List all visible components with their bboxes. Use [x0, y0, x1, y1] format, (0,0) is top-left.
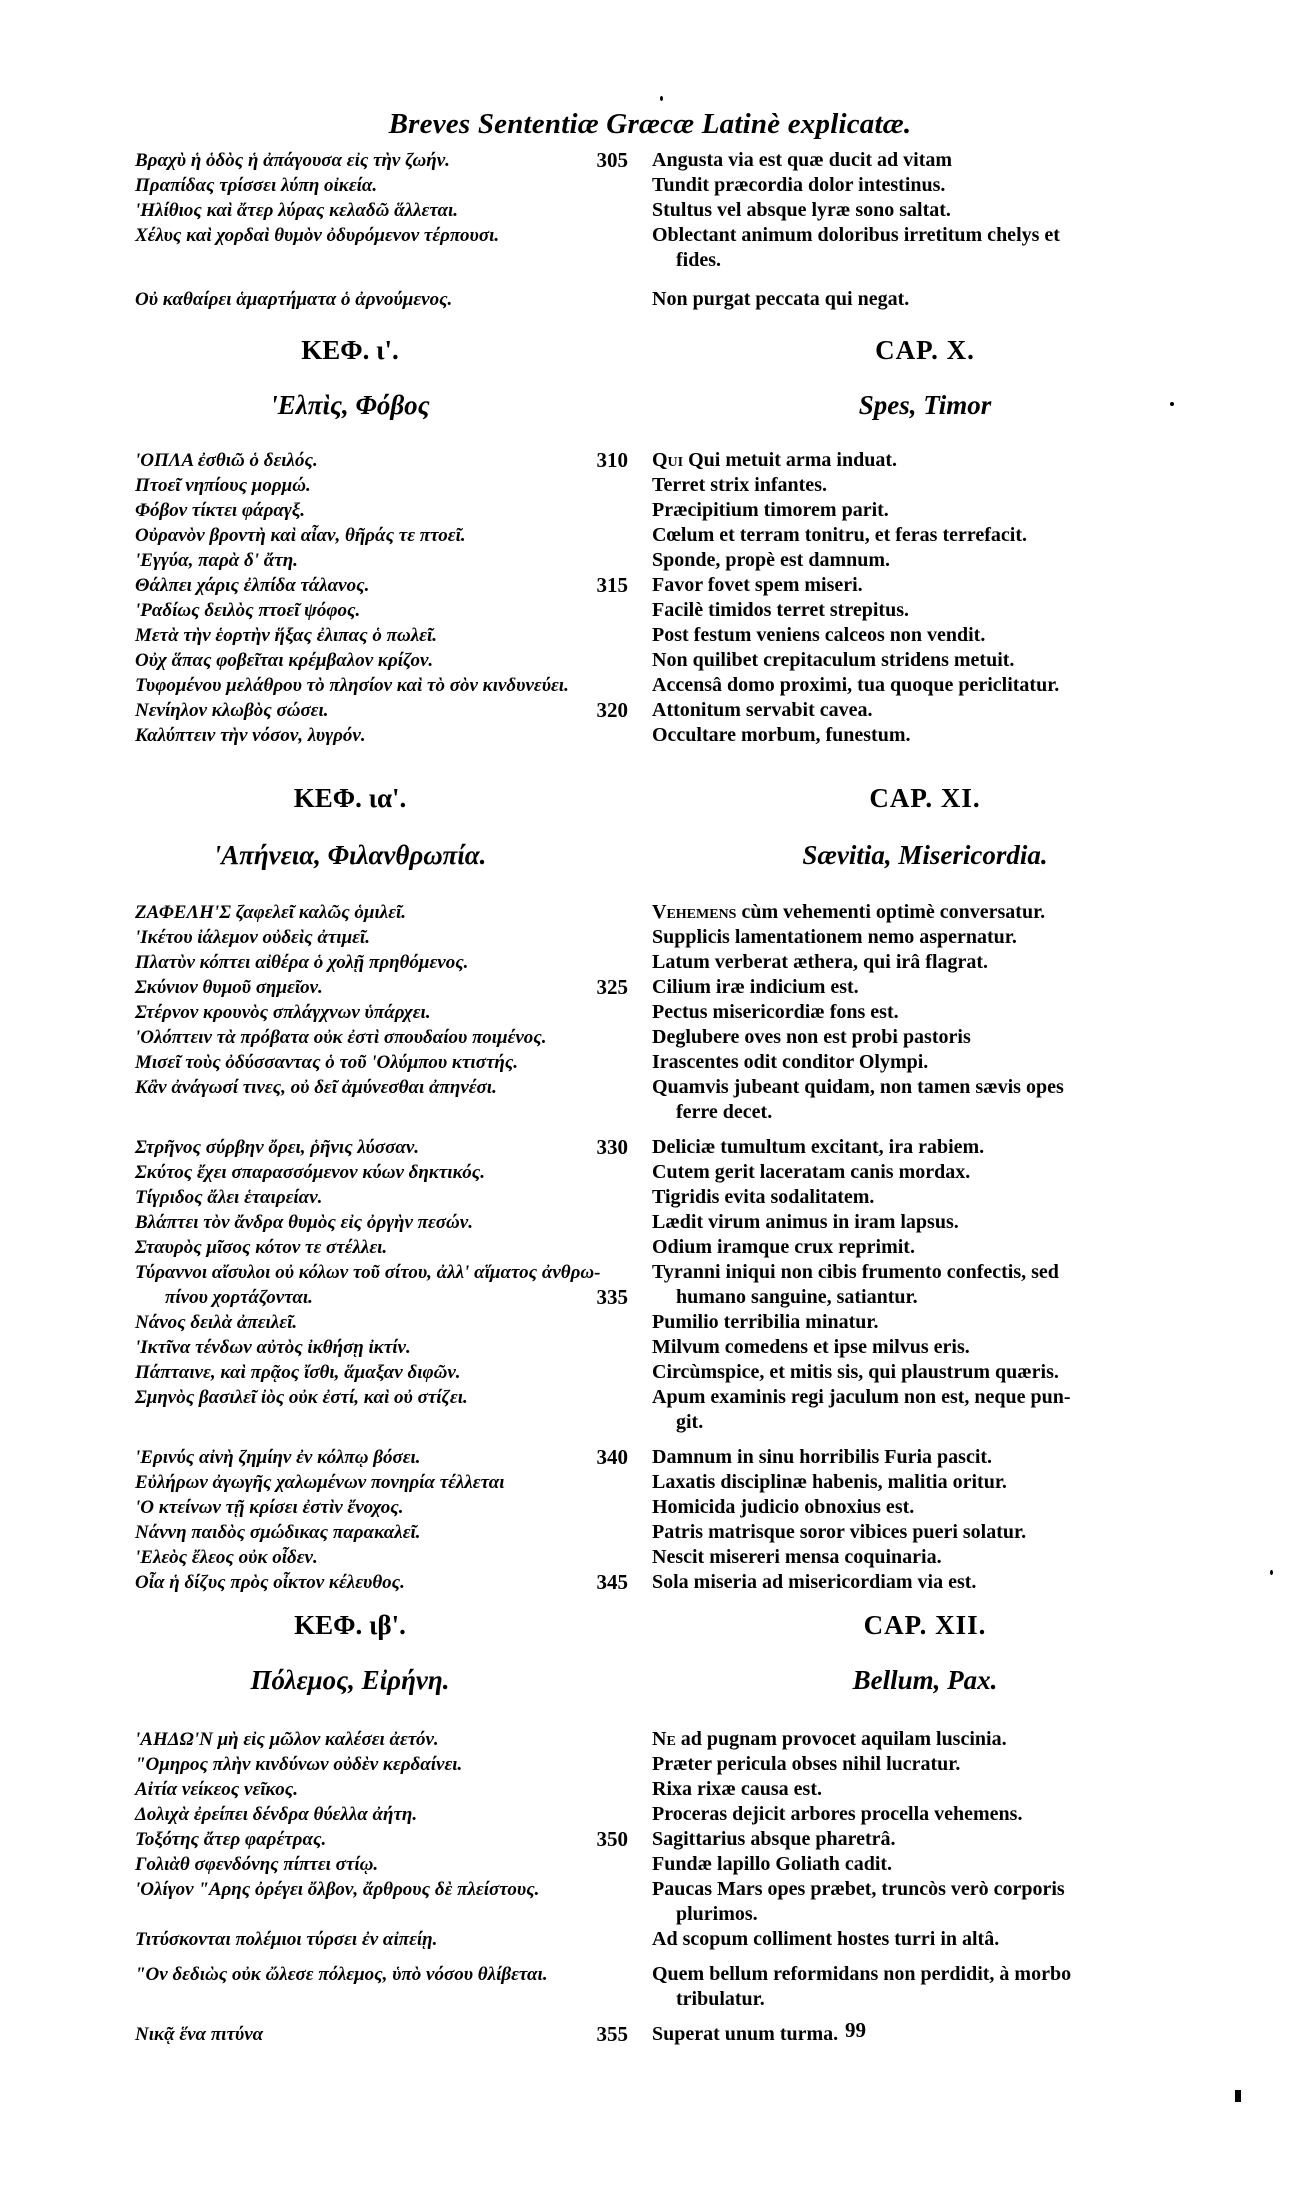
sentence-row: ΖΑΦΕΛΗ'Σ ζαφελεῖ καλῶς ὁμιλεῖ.Vehemens c… — [0, 900, 1300, 925]
latin-sentence: Occultare morbum, funestum. — [652, 723, 1192, 748]
latin-sentence: Circùmspice, et mitis sis, qui plaustrum… — [652, 1360, 1192, 1385]
latin-text: ad pugnam provocet aquilam luscinia. — [676, 1728, 1007, 1750]
line-number: 305 — [580, 148, 628, 173]
latin-sentence: Rixa rixæ causa est. — [652, 1777, 1192, 1802]
sentence-row: 'ΟΠΛΑ ἐσθιῶ ὁ δειλός.310Qui Qui metuit a… — [0, 448, 1300, 473]
latin-sentence: Tundit præcordia dolor intestinus. — [652, 173, 1192, 198]
latin-text: cùm vehementi optimè conversatur. — [736, 901, 1045, 923]
latin-sentence: Odium iramque crux reprimit. — [652, 1235, 1192, 1260]
sentence-row: 'Ηλίθιος καὶ ἄτερ λύρας κελαδῶ ἅλλεται.S… — [0, 198, 1300, 223]
latin-sentence: Damnum in sinu horribilis Furia pascit. — [652, 1445, 1192, 1470]
sentence-row: Σκύνιον θυμοῦ σημεῖον.325Cilium iræ indi… — [0, 975, 1300, 1000]
latin-chapter-subtitle: Sævitia, Misericordia. — [645, 840, 1205, 871]
sentence-row: Στέρνον κρουνὸς σπλάγχνων ὑπάρχει.Pectus… — [0, 1000, 1300, 1025]
small-caps-lead: Qui — [652, 449, 683, 471]
sentence-row: Πραπίδας τρίσσει λύπη οἰκεία.Tundit præc… — [0, 173, 1300, 198]
greek-sentence: Γολιὰθ σφενδόνης πίπτει στίῳ. — [135, 1852, 605, 1877]
latin-sentence: Supplicis lamentationem nemo aspernatur. — [652, 925, 1192, 950]
greek-sentence: Νάνος δειλὰ ἀπειλεῖ. — [135, 1310, 605, 1335]
sentence-row-continuation: ferre decet. — [0, 1100, 1300, 1125]
running-title: Breves Sententiæ Græcæ Latinè explicatæ. — [0, 108, 1300, 141]
latin-sentence: Favor fovet spem miseri. — [652, 573, 1192, 598]
greek-chapter-heading: ΚΕΦ. ι'. — [90, 335, 610, 366]
line-number: 325 — [580, 975, 628, 1000]
sentence-row: 'Ολίγον "Αρης ὀρέγει ὄλβον, ἄρθρους δὲ π… — [0, 1877, 1300, 1902]
line-number: 350 — [580, 1827, 628, 1852]
sentence-row: Οὐρανὸν βροντὴ καὶ αἶαν, θῆράς τε πτοεῖ.… — [0, 523, 1300, 548]
greek-sentence: ΖΑΦΕΛΗ'Σ ζαφελεῖ καλῶς ὁμιλεῖ. — [135, 900, 605, 925]
latin-sentence: Deliciæ tumultum excitant, ira rabiem. — [652, 1135, 1192, 1160]
sentence-row: Οὐχ ἅπας φοβεῖται κρέμβαλον κρίζον.Non q… — [0, 648, 1300, 673]
greek-sentence: "Ον δεδιὼς οὐκ ὤλεσε πόλεμος, ὑπὸ νόσου … — [135, 1962, 605, 1987]
greek-sentence: Πάπταινε, καὶ πρᾷος ἴσθι, ἅμαξαν διφῶν. — [135, 1360, 605, 1385]
greek-sentence: Μισεῖ τοὺς ὀδύσσαντας ὁ τοῦ 'Ολύμπου κτι… — [135, 1050, 605, 1075]
greek-sentence: 'Ικέτου ἰάλεμον οὐδεὶς ἀτιμεῖ. — [135, 925, 605, 950]
greek-sentence: Οὐρανὸν βροντὴ καὶ αἶαν, θῆράς τε πτοεῖ. — [135, 523, 605, 548]
sentence-row: Εὐλήρων ἀγωγῆς χαλωμένων πονηρία τέλλετα… — [0, 1470, 1300, 1495]
latin-sentence: Post festum veniens calceos non vendit. — [652, 623, 1192, 648]
greek-sentence: 'Ικτῖνα τένδων αὐτὸς ἰκθήσῃ ἰκτίν. — [135, 1335, 605, 1360]
line-number: 340 — [580, 1445, 628, 1470]
latin-sentence-cont: humano sanguine, satiantur. — [676, 1285, 1216, 1310]
latin-sentence: Milvum comedens et ipse milvus eris. — [652, 1335, 1192, 1360]
sentence-row-continuation: tribulatur. — [0, 1987, 1300, 2012]
greek-sentence: Τιτύσκονται πολέμιοι τύρσει ἐν αἰπείῃ. — [135, 1927, 605, 1952]
small-caps-lead: Vehemens — [652, 901, 736, 923]
sentence-row: Καλύπτειν τὴν νόσον, λυγρόν.Occultare mo… — [0, 723, 1300, 748]
greek-chapter-subtitle: 'Ελπὶς, Φόβος — [90, 390, 610, 421]
sentence-row: Βραχὺ ἡ ὁδὸς ἡ ἀπάγουσα εἰς τὴν ζωήν.305… — [0, 148, 1300, 173]
latin-sentence: Stultus vel absque lyræ sono saltat. — [652, 198, 1192, 223]
greek-sentence: Στρῆνος σύρβην ὄρει, ῥῆνις λύσσαν. — [135, 1135, 605, 1160]
greek-sentence: Πλατὺν κόπτει αἰθέρα ὁ χολῇ πρηθόμενος. — [135, 950, 605, 975]
greek-chapter-subtitle: 'Απήνεια, Φιλανθρωπία. — [90, 840, 610, 871]
latin-sentence: Irascentes odit conditor Olympi. — [652, 1050, 1192, 1075]
line-number: 320 — [580, 698, 628, 723]
latin-sentence: Pumilio terribilia minatur. — [652, 1310, 1192, 1335]
sentence-row-continuation: πίνου χορτάζονται.335humano sanguine, sa… — [0, 1285, 1300, 1310]
greek-sentence: Θάλπει χάρις ἐλπίδα τάλανος. — [135, 573, 605, 598]
sentence-row: Νάνος δειλὰ ἀπειλεῖ.Pumilio terribilia m… — [0, 1310, 1300, 1335]
latin-sentence: Fundæ lapillo Goliath cadit. — [652, 1852, 1192, 1877]
sentence-row: Οἶα ἡ δίζυς πρὸς οἶκτον κέλευθος.345Sola… — [0, 1570, 1300, 1595]
sentence-row: Χέλυς καὶ χορδαὶ θυμὸν ὀδυρόμενον τέρπου… — [0, 223, 1300, 248]
greek-sentence: Δολιχὰ ἐρείπει δένδρα θύελλα ἀήτη. — [135, 1802, 605, 1827]
latin-sentence: Proceras dejicit arbores procella veheme… — [652, 1802, 1192, 1827]
sentence-row: Μισεῖ τοὺς ὀδύσσαντας ὁ τοῦ 'Ολύμπου κτι… — [0, 1050, 1300, 1075]
sentence-row: 'Ραδίως δειλὸς πτοεῖ ψόφος.Facilè timido… — [0, 598, 1300, 623]
sentence-row: Νάννη παιδὸς σμώδικας παρακαλεῖ.Patris m… — [0, 1520, 1300, 1545]
greek-sentence: Τύραννοι αἴσυλοι οὐ κόλων τοῦ σίτου, ἀλλ… — [135, 1260, 605, 1285]
greek-sentence: Πραπίδας τρίσσει λύπη οἰκεία. — [135, 173, 605, 198]
latin-sentence: Terret strix infantes. — [652, 473, 1192, 498]
sentence-row-continuation: fides. — [0, 248, 1300, 273]
latin-sentence-cont: tribulatur. — [676, 1987, 1216, 2012]
greek-sentence: 'Ο κτείνων τῇ κρίσει ἐστὶν ἔνοχος. — [135, 1495, 605, 1520]
sentence-row: "Ον δεδιὼς οὐκ ὤλεσε πόλεμος, ὑπὸ νόσου … — [0, 1962, 1300, 1987]
greek-sentence: 'Εγγύα, παρὰ δ' ἄτη. — [135, 548, 605, 573]
sentence-row: 'ΑΗΔΩ'Ν μὴ εἰς μῶλον καλέσει ἀετόν.Ne ad… — [0, 1727, 1300, 1752]
sentence-row: Μετὰ τὴν ἑορτὴν ἥξας ἐλιπας ὁ πωλεῖ.Post… — [0, 623, 1300, 648]
latin-sentence-cont: plurimos. — [676, 1902, 1216, 1927]
latin-sentence: Præter pericula obses nihil lucratur. — [652, 1752, 1192, 1777]
latin-sentence: Sola miseria ad misericordiam via est. — [652, 1570, 1192, 1595]
latin-sentence: Attonitum servabit cavea. — [652, 698, 1192, 723]
latin-sentence: Quamvis jubeant quidam, non tamen sævis … — [652, 1075, 1192, 1100]
greek-sentence: Σταυρὸς μῖσος κότον τε στέλλει. — [135, 1235, 605, 1260]
latin-sentence: Latum verberat æthera, qui irâ flagrat. — [652, 950, 1192, 975]
latin-sentence: Nescit misereri mensa coquinaria. — [652, 1545, 1192, 1570]
small-caps-lead: Ne — [652, 1728, 676, 1750]
line-number: 345 — [580, 1570, 628, 1595]
sentence-row: Σμηνὸς βασιλεῖ ἰὸς οὐκ ἐστί, καὶ οὐ στίζ… — [0, 1385, 1300, 1410]
latin-sentence: Cilium iræ indicium est. — [652, 975, 1192, 1000]
latin-chapter-heading: CAP. X. — [645, 335, 1205, 366]
sentence-row: 'Ελεὸς ἔλεος οὐκ οἶδεν.Nescit misereri m… — [0, 1545, 1300, 1570]
latin-chapter-heading: CAP. XII. — [645, 1610, 1205, 1641]
line-number: 335 — [580, 1285, 628, 1310]
latin-sentence: Cutem gerit laceratam canis mordax. — [652, 1160, 1192, 1185]
sentence-row: Τιτύσκονται πολέμιοι τύρσει ἐν αἰπείῃ.Ad… — [0, 1927, 1300, 1952]
latin-sentence: Patris matrisque soror vibices pueri sol… — [652, 1520, 1192, 1545]
sentence-row: 'Ερινύς αἰνὴ ζημίην ἐν κόλπῳ βόσει.340Da… — [0, 1445, 1300, 1470]
latin-sentence-cont: fides. — [676, 248, 1216, 273]
sentence-row: Τύραννοι αἴσυλοι οὐ κόλων τοῦ σίτου, ἀλλ… — [0, 1260, 1300, 1285]
greek-sentence: Καλύπτειν τὴν νόσον, λυγρόν. — [135, 723, 605, 748]
latin-sentence: Ne ad pugnam provocet aquilam luscinia. — [652, 1727, 1192, 1752]
latin-sentence: Qui Qui metuit arma induat. — [652, 448, 1192, 473]
latin-chapter-heading: CAP. XI. — [645, 783, 1205, 814]
sentence-row: Κἂν ἀνάγωσί τινες, οὐ δεῖ ἀμύνεσθαι ἀπην… — [0, 1075, 1300, 1100]
latin-sentence: Quem bellum reformidans non perdidit, à … — [652, 1962, 1192, 1987]
greek-sentence: Σμηνὸς βασιλεῖ ἰὸς οὐκ ἐστί, καὶ οὐ στίζ… — [135, 1385, 605, 1410]
greek-sentence: Νενίηλον κλωβὸς σώσει. — [135, 698, 605, 723]
greek-sentence: Σκύτος ἔχει σπαρασσόμενον κύων δηκτικός. — [135, 1160, 605, 1185]
sentence-row: Δολιχὰ ἐρείπει δένδρα θύελλα ἀήτη.Procer… — [0, 1802, 1300, 1827]
greek-sentence: 'Ελεὸς ἔλεος οὐκ οἶδεν. — [135, 1545, 605, 1570]
latin-sentence: Pectus misericordiæ fons est. — [652, 1000, 1192, 1025]
latin-sentence: Tigridis evita sodalitatem. — [652, 1185, 1192, 1210]
greek-sentence: "Ομηρος πλὴν κινδύνων οὐδὲν κερδαίνει. — [135, 1752, 605, 1777]
latin-sentence: Homicida judicio obnoxius est. — [652, 1495, 1192, 1520]
latin-sentence-cont: git. — [676, 1410, 1216, 1435]
greek-sentence: Φόβον τίκτει φάραγξ. — [135, 498, 605, 523]
greek-chapter-subtitle: Πόλεμος, Εἰρήνη. — [90, 1665, 610, 1696]
greek-sentence: Τοξότης ἄτερ φαρέτρας. — [135, 1827, 605, 1852]
greek-sentence: Οὐ καθαίρει ἁμαρτήματα ὁ ἀρνούμενος. — [135, 287, 605, 312]
latin-sentence: Lædit virum animus in iram lapsus. — [652, 1210, 1192, 1235]
latin-sentence-cont: ferre decet. — [676, 1100, 1216, 1125]
greek-sentence: Οἶα ἡ δίζυς πρὸς οἶκτον κέλευθος. — [135, 1570, 605, 1595]
sentence-row: Νενίηλον κλωβὸς σώσει.320Attonitum serva… — [0, 698, 1300, 723]
greek-sentence: Πτοεῖ νηπίους μορμώ. — [135, 473, 605, 498]
latin-text: Qui metuit arma induat. — [683, 449, 897, 471]
sentence-row: Πτοεῖ νηπίους μορμώ.Terret strix infante… — [0, 473, 1300, 498]
greek-sentence: 'Ερινύς αἰνὴ ζημίην ἐν κόλπῳ βόσει. — [135, 1445, 605, 1470]
sentence-row: Σκύτος ἔχει σπαρασσόμενον κύων δηκτικός.… — [0, 1160, 1300, 1185]
latin-sentence: Ad scopum colliment hostes turri in altâ… — [652, 1927, 1192, 1952]
greek-sentence-cont: πίνου χορτάζονται. — [165, 1285, 635, 1310]
latin-sentence: Non purgat peccata qui negat. — [652, 287, 1192, 312]
sentence-row: 'Ικέτου ἰάλεμον οὐδεὶς ἀτιμεῖ.Supplicis … — [0, 925, 1300, 950]
greek-sentence: 'Ολόπτειν τὰ πρόβατα οὐκ ἐστὶ σπουδαίου … — [135, 1025, 605, 1050]
sentence-row: Πάπταινε, καὶ πρᾷος ἴσθι, ἅμαξαν διφῶν.C… — [0, 1360, 1300, 1385]
greek-sentence: Μετὰ τὴν ἑορτὴν ἥξας ἐλιπας ὁ πωλεῖ. — [135, 623, 605, 648]
greek-sentence: Βλάπτει τὸν ἄνδρα θυμὸς εἰς ὀργὴν πεσών. — [135, 1210, 605, 1235]
latin-sentence: Sponde, propè est damnum. — [652, 548, 1192, 573]
greek-sentence: 'Ραδίως δειλὸς πτοεῖ ψόφος. — [135, 598, 605, 623]
latin-sentence: Præcipitium timorem parit. — [652, 498, 1192, 523]
latin-sentence: Deglubere oves non est probi pastoris — [652, 1025, 1192, 1050]
latin-sentence: Sagittarius absque pharetrâ. — [652, 1827, 1192, 1852]
sentence-row-continuation: git. — [0, 1410, 1300, 1435]
greek-chapter-heading: ΚΕΦ. ια'. — [90, 783, 610, 814]
book-page: Breves Sententiæ Græcæ Latinè explicatæ.… — [0, 0, 1300, 2185]
page-number: 99 — [845, 2018, 866, 2043]
greek-sentence: Οὐχ ἅπας φοβεῖται κρέμβαλον κρίζον. — [135, 648, 605, 673]
greek-sentence: Τίγριδος ἄλει ἑταιρείαν. — [135, 1185, 605, 1210]
line-number: 310 — [580, 448, 628, 473]
latin-sentence: Apum examinis regi jaculum non est, nequ… — [652, 1385, 1192, 1410]
latin-sentence: Non quilibet crepitaculum stridens metui… — [652, 648, 1192, 673]
sentence-row: Οὐ καθαίρει ἁμαρτήματα ὁ ἀρνούμενος.Non … — [0, 287, 1300, 312]
greek-sentence: 'ΟΠΛΑ ἐσθιῶ ὁ δειλός. — [135, 448, 605, 473]
greek-sentence: 'Ηλίθιος καὶ ἄτερ λύρας κελαδῶ ἅλλεται. — [135, 198, 605, 223]
sentence-row: Τίγριδος ἄλει ἑταιρείαν.Tigridis evita s… — [0, 1185, 1300, 1210]
latin-sentence: Tyranni iniqui non cibis frumento confec… — [652, 1260, 1192, 1285]
sentence-row: Τυφομένου μελάθρου τὸ πλησίον καὶ τὸ σὸν… — [0, 673, 1300, 698]
sentence-row: Βλάπτει τὸν ἄνδρα θυμὸς εἰς ὀργὴν πεσών.… — [0, 1210, 1300, 1235]
latin-sentence: Laxatis disciplinæ habenis, malitia orit… — [652, 1470, 1192, 1495]
sentence-row: 'Ικτῖνα τένδων αὐτὸς ἰκθήσῃ ἰκτίν.Milvum… — [0, 1335, 1300, 1360]
latin-chapter-subtitle: Spes, Timor — [645, 390, 1205, 421]
sentence-row: Φόβον τίκτει φάραγξ.Præcipitium timorem … — [0, 498, 1300, 523]
greek-sentence: Στέρνον κρουνὸς σπλάγχνων ὑπάρχει. — [135, 1000, 605, 1025]
sentence-row: Αἰτία νείκεος νεῖκος.Rixa rixæ causa est… — [0, 1777, 1300, 1802]
line-number: 315 — [580, 573, 628, 598]
latin-sentence: Cœlum et terram tonitru, et feras terref… — [652, 523, 1192, 548]
print-speck — [1235, 2090, 1241, 2102]
sentence-row: Τοξότης ἄτερ φαρέτρας.350Sagittarius abs… — [0, 1827, 1300, 1852]
sentence-row: 'Ολόπτειν τὰ πρόβατα οὐκ ἐστὶ σπουδαίου … — [0, 1025, 1300, 1050]
sentence-row: 'Ο κτείνων τῇ κρίσει ἐστὶν ἔνοχος.Homici… — [0, 1495, 1300, 1520]
line-number: 355 — [580, 2022, 628, 2047]
greek-sentence: Τυφομένου μελάθρου τὸ πλησίον καὶ τὸ σὸν… — [135, 673, 605, 698]
greek-sentence: Νικᾷ ἕνα πιτύνα — [135, 2022, 605, 2047]
sentence-row: Πλατὺν κόπτει αἰθέρα ὁ χολῇ πρηθόμενος.L… — [0, 950, 1300, 975]
greek-sentence: Χέλυς καὶ χορδαὶ θυμὸν ὀδυρόμενον τέρπου… — [135, 223, 605, 248]
greek-sentence: Κἂν ἀνάγωσί τινες, οὐ δεῖ ἀμύνεσθαι ἀπην… — [135, 1075, 605, 1100]
sentence-row: Νικᾷ ἕνα πιτύνα355Superat unum turma. — [0, 2022, 1300, 2047]
sentence-row: "Ομηρος πλὴν κινδύνων οὐδὲν κερδαίνει.Pr… — [0, 1752, 1300, 1777]
latin-sentence: Angusta via est quæ ducit ad vitam — [652, 148, 1192, 173]
latin-sentence: Accensâ domo proximi, tua quoque pericli… — [652, 673, 1192, 698]
greek-sentence: Σκύνιον θυμοῦ σημεῖον. — [135, 975, 605, 1000]
greek-sentence: Νάννη παιδὸς σμώδικας παρακαλεῖ. — [135, 1520, 605, 1545]
print-speck — [1270, 1570, 1273, 1575]
latin-sentence: Vehemens cùm vehementi optimè conversatu… — [652, 900, 1192, 925]
line-number: 330 — [580, 1135, 628, 1160]
sentence-row-continuation: plurimos. — [0, 1902, 1300, 1927]
greek-sentence: Αἰτία νείκεος νεῖκος. — [135, 1777, 605, 1802]
print-speck — [660, 96, 663, 101]
greek-sentence: 'Ολίγον "Αρης ὀρέγει ὄλβον, ἄρθρους δὲ π… — [135, 1877, 605, 1902]
latin-sentence: Paucas Mars opes præbet, truncòs verò co… — [652, 1877, 1192, 1902]
greek-sentence: Βραχὺ ἡ ὁδὸς ἡ ἀπάγουσα εἰς τὴν ζωήν. — [135, 148, 605, 173]
sentence-row: Γολιὰθ σφενδόνης πίπτει στίῳ.Fundæ lapil… — [0, 1852, 1300, 1877]
greek-sentence: 'ΑΗΔΩ'Ν μὴ εἰς μῶλον καλέσει ἀετόν. — [135, 1727, 605, 1752]
latin-sentence: Oblectant animum doloribus irretitum che… — [652, 223, 1192, 248]
print-speck — [1170, 402, 1174, 406]
latin-chapter-subtitle: Bellum, Pax. — [645, 1665, 1205, 1696]
sentence-row: Στρῆνος σύρβην ὄρει, ῥῆνις λύσσαν.330Del… — [0, 1135, 1300, 1160]
sentence-row: 'Εγγύα, παρὰ δ' ἄτη.Sponde, propè est da… — [0, 548, 1300, 573]
sentence-row: Σταυρὸς μῖσος κότον τε στέλλει.Odium ira… — [0, 1235, 1300, 1260]
sentence-row: Θάλπει χάρις ἐλπίδα τάλανος.315Favor fov… — [0, 573, 1300, 598]
greek-chapter-heading: ΚΕΦ. ιβ'. — [90, 1610, 610, 1641]
greek-sentence: Εὐλήρων ἀγωγῆς χαλωμένων πονηρία τέλλετα… — [135, 1470, 605, 1495]
latin-sentence: Facilè timidos terret strepitus. — [652, 598, 1192, 623]
latin-sentence: Superat unum turma. — [652, 2022, 1192, 2047]
